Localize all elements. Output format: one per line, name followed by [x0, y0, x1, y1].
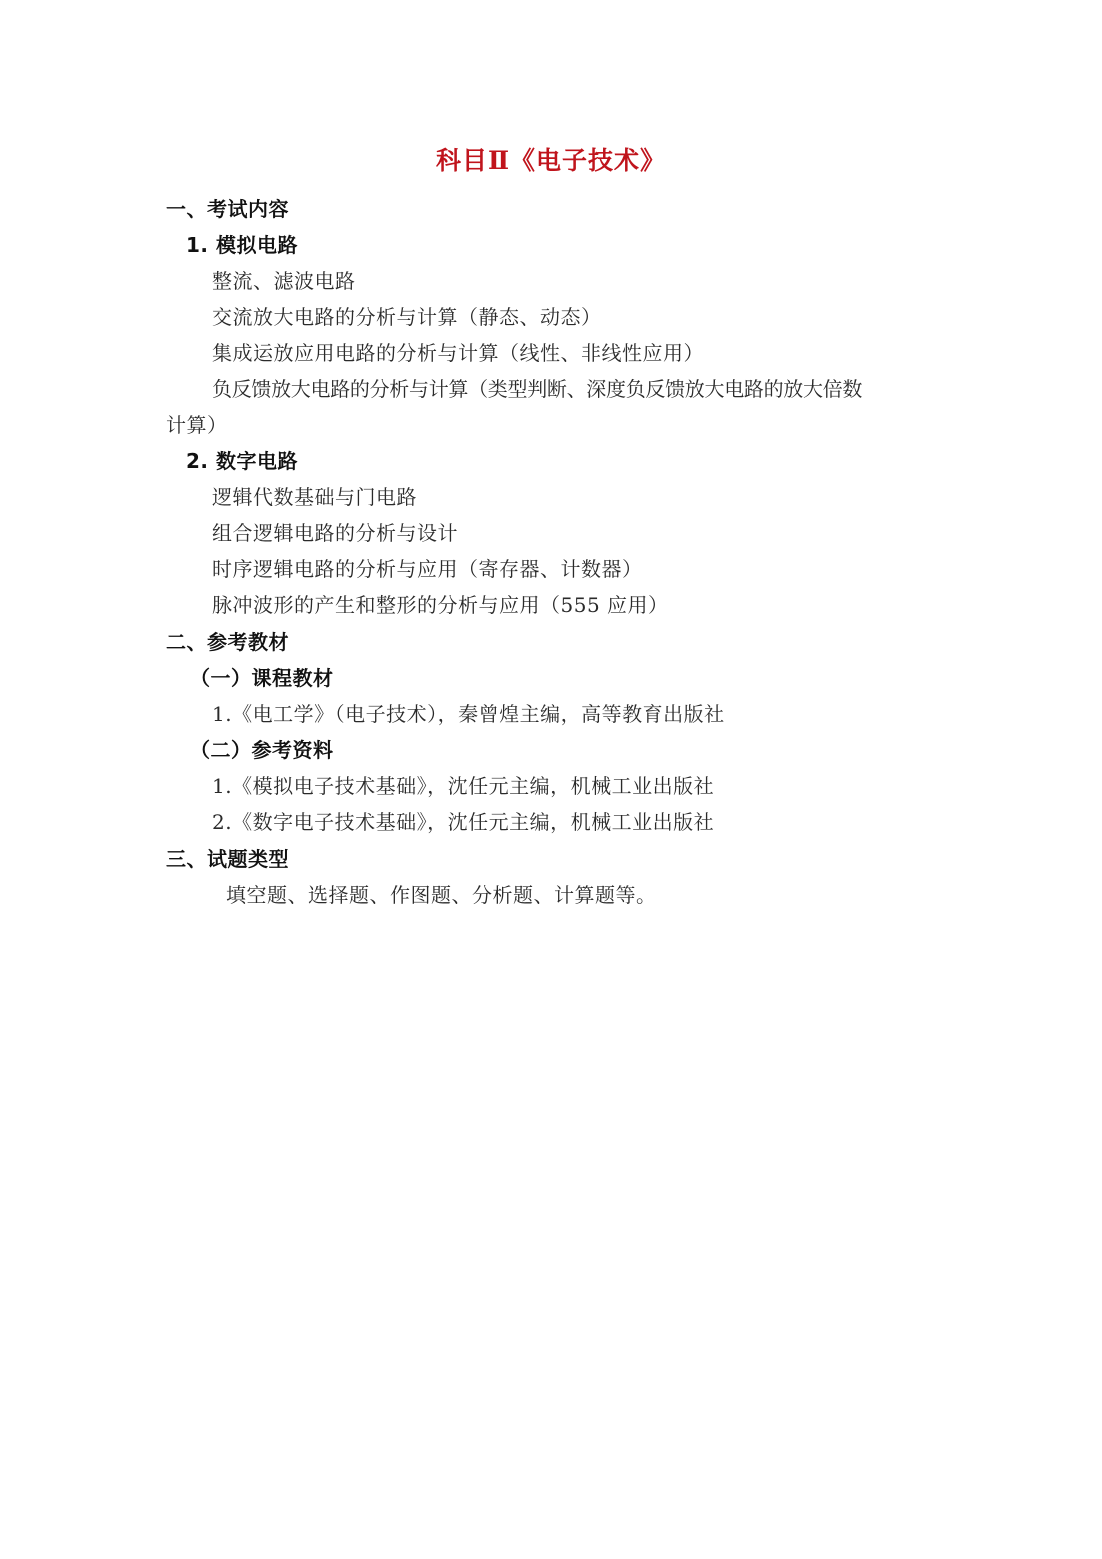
subsection-heading-digital-circuits: 2. 数字电路 [186, 446, 298, 476]
list-item-continuation: 计算） [166, 410, 228, 440]
section-heading-question-types: 三、试题类型 [166, 844, 289, 874]
list-item: 逻辑代数基础与门电路 [212, 482, 417, 512]
document-title: 科目Ⅱ《电子技术》 [0, 143, 1102, 179]
subsection-heading-course-textbook: （一）课程教材 [190, 663, 334, 693]
question-types-text: 填空题、选择题、作图题、分析题、计算题等。 [226, 880, 657, 910]
list-item: 组合逻辑电路的分析与设计 [212, 518, 458, 548]
list-item: 负反馈放大电路的分析与计算（类型判断、深度负反馈放大电路的放大倍数 [212, 374, 862, 404]
list-item: 时序逻辑电路的分析与应用（寄存器、计数器） [212, 554, 643, 584]
document-page: 科目Ⅱ《电子技术》 一、考试内容 1. 模拟电路 整流、滤波电路 交流放大电路的… [0, 0, 1102, 1559]
subsection-heading-reference-materials: （二）参考资料 [190, 735, 334, 765]
section-heading-references: 二、参考教材 [166, 627, 289, 657]
section-heading-exam-content: 一、考试内容 [166, 194, 289, 224]
subsection-heading-analog-circuits: 1. 模拟电路 [186, 230, 298, 260]
list-item: 整流、滤波电路 [212, 266, 356, 296]
reference-item: 2.《数字电子技术基础》，沈任元主编，机械工业出版社 [212, 807, 714, 837]
list-item: 交流放大电路的分析与计算（静态、动态） [212, 302, 602, 332]
reference-item: 1.《电工学》（电子技术），秦曾煌主编，高等教育出版社 [212, 699, 725, 729]
reference-item: 1.《模拟电子技术基础》，沈任元主编，机械工业出版社 [212, 771, 714, 801]
list-item: 集成运放应用电路的分析与计算（线性、非线性应用） [212, 338, 704, 368]
list-item: 脉冲波形的产生和整形的分析与应用（555 应用） [212, 590, 669, 620]
